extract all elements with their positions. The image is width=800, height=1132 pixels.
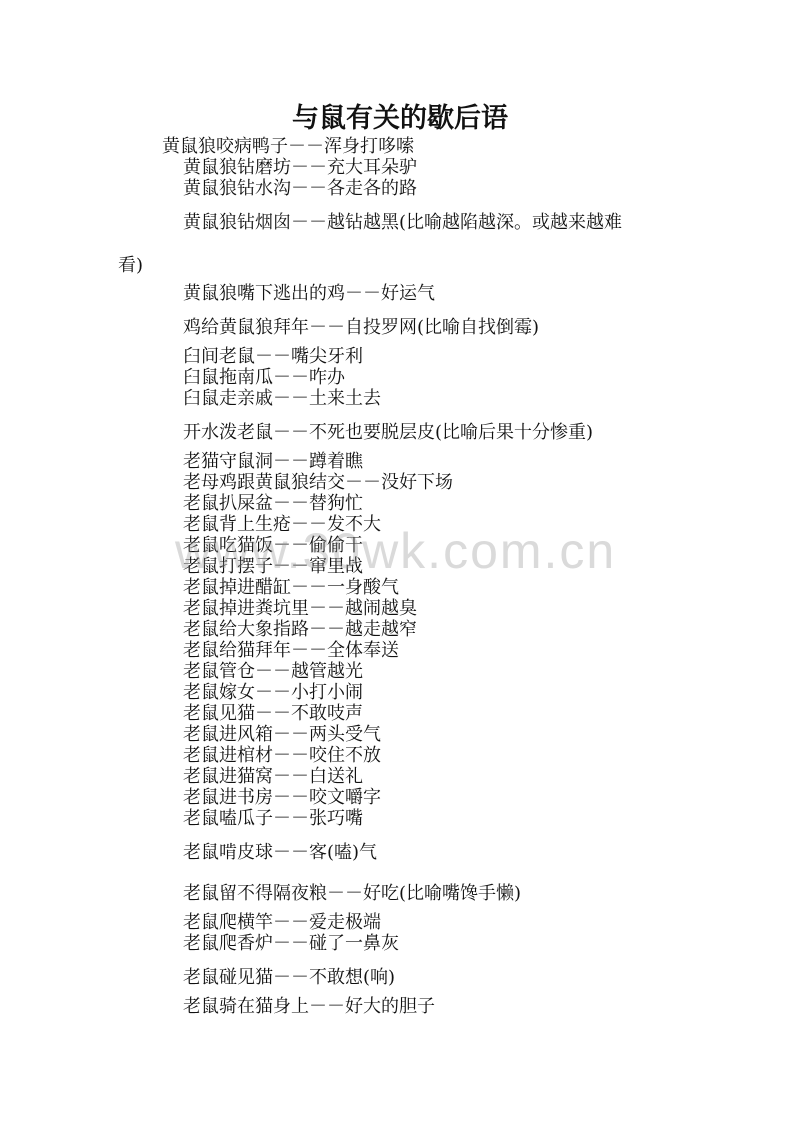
proverb-line: 黄鼠狼钻磨坊－－充大耳朵驴: [183, 157, 417, 178]
proverb-line: 黄鼠狼咬病鸭子－－浑身打哆嗦: [162, 136, 414, 157]
proverb-line: 老鼠进风箱－－两头受气: [183, 724, 381, 745]
proverb-line: 老鼠见猫－－不敢吱声: [183, 703, 363, 724]
proverb-line: 老鼠爬香炉－－碰了一鼻灰: [183, 933, 399, 954]
proverb-line: 老猫守鼠洞－－蹲着瞧: [183, 451, 363, 472]
proverb-line: 老鼠扒屎盆－－替狗忙: [183, 493, 363, 514]
proverb-line: 老鼠进猫窝－－白送礼: [183, 766, 363, 787]
proverb-line: 老鼠碰见猫－－不敢想(响): [183, 967, 395, 988]
proverb-line: 老鼠嫁女－－小打小闹: [183, 682, 363, 703]
proverb-line: 老鼠吃猫饭－－偷偷干: [183, 535, 363, 556]
proverb-line: 老鼠进棺材－－咬住不放: [183, 745, 381, 766]
proverb-line: 黄鼠狼嘴下逃出的鸡－－好运气: [183, 283, 435, 304]
proverb-line: 老鼠管仓－－越管越光: [183, 661, 363, 682]
proverb-line: 老母鸡跟黄鼠狼结交－－没好下场: [183, 472, 453, 493]
proverb-line: 黄鼠狼钻烟囱－－越钻越黑(比喻越陷越深。或越来越难: [183, 212, 622, 233]
proverb-line: 臼鼠拖南瓜－－咋办: [183, 367, 345, 388]
proverb-line: 老鼠进书房－－咬文嚼字: [183, 787, 381, 808]
proverb-line: 老鼠掉进醋缸－－一身酸气: [183, 577, 399, 598]
proverb-line: 鸡给黄鼠狼拜年－－自投罗网(比喻自找倒霉): [183, 317, 539, 338]
proverb-line: 老鼠嗑瓜子－－张巧嘴: [183, 808, 363, 829]
proverb-line: 老鼠爬横竿－－爱走极端: [183, 912, 381, 933]
proverb-line: 黄鼠狼钻水沟－－各走各的路: [183, 178, 417, 199]
proverb-line: 臼鼠走亲戚－－土来土去: [183, 388, 381, 409]
document-title: 与鼠有关的歇后语: [0, 96, 800, 135]
proverb-line: 开水泼老鼠－－不死也要脱层皮(比喻后果十分惨重): [183, 422, 593, 443]
proverb-line: 老鼠给大象指路－－越走越窄: [183, 619, 417, 640]
proverb-line: 老鼠骑在猫身上－－好大的胆子: [183, 996, 435, 1017]
proverb-line: 老鼠给猫拜年－－全体奉送: [183, 640, 399, 661]
proverb-line: 老鼠啃皮球－－客(嗑)气: [183, 842, 377, 863]
proverb-line: 老鼠留不得隔夜粮－－好吃(比喻嘴馋手懒): [183, 883, 521, 904]
proverb-line: 老鼠打摆子－－窜里战: [183, 556, 363, 577]
proverb-line: 臼间老鼠－－嘴尖牙利: [183, 346, 363, 367]
proverb-line: 老鼠掉进粪坑里－－越闹越臭: [183, 598, 417, 619]
proverb-line: 老鼠背上生疮－－发不大: [183, 514, 381, 535]
proverb-line: 看): [118, 255, 143, 276]
